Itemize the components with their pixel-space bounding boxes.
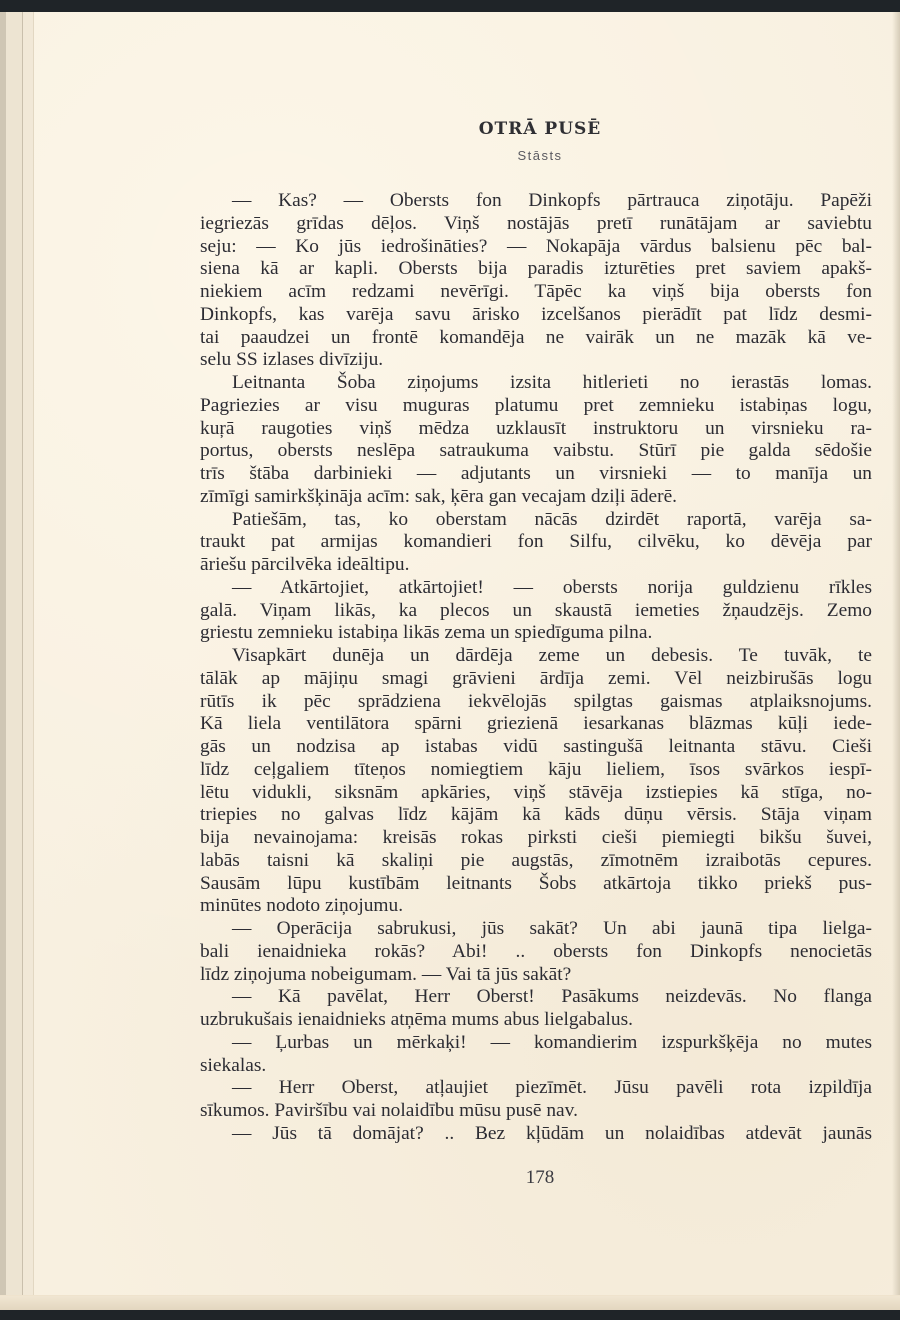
text-line: līdz ceļgaliem tīteņos nomiegtiem kāju l… <box>200 759 872 782</box>
page-gutter-edge <box>23 12 34 1310</box>
body-text: — Kas? — Obersts fon Dinkopfs pārtrauca … <box>200 190 872 1146</box>
text-line: kuŗā raugoties viņš mēdza uzklausīt inst… <box>200 418 872 441</box>
text-line: tai paaudzei un frontē komandēja ne vair… <box>200 327 872 350</box>
text-line: griestu zemnieku istabiņa likās zema un … <box>200 622 872 645</box>
text-line: traukt pat armijas komandieri fon Silfu,… <box>200 531 872 554</box>
text-line: rūtīs ik pēc sprādziena iekvēlojās spilg… <box>200 691 872 714</box>
text-line: niekiem acīm redzami nevērīgi. Tāpēc ka … <box>200 281 872 304</box>
text-line: selu SS izlases divīziju. <box>200 349 872 372</box>
text-line: līdz ziņojuma nobeigumam. — Vai tā jūs s… <box>200 964 872 987</box>
text-line: galā. Viņam likās, ka plecos un skaustā … <box>200 600 872 623</box>
text-line: tālāk ap mājiņu smagi grāvieni ārdīja ze… <box>200 668 872 691</box>
text-line: triepies no galvas līdz kājām kā kāds dū… <box>200 804 872 827</box>
page-number: 178 <box>0 1167 900 1189</box>
book-page: OTRĀ PUSĒ Stāsts — Kas? — Obersts fon Di… <box>0 12 900 1310</box>
text-line: Visapkārt dunēja un dārdēja zeme un debe… <box>200 645 872 668</box>
text-line: — Kas? — Obersts fon Dinkopfs pārtrauca … <box>200 190 872 213</box>
text-line: gās un nodzisa ap istabas vidū sastinguš… <box>200 736 872 759</box>
text-line: siekalas. <box>200 1055 872 1078</box>
text-line: āriešu pārcilvēka ideāltipu. <box>200 554 872 577</box>
page-bottom-edge <box>0 1295 900 1310</box>
text-line: — Operācija sabrukusi, jūs sakāt? Un abi… <box>200 918 872 941</box>
text-line: Kā liela ventilātora spārni griezienā ie… <box>200 713 872 736</box>
text-line: — Jūs tā domājat? .. Bez kļūdām un nolai… <box>200 1123 872 1146</box>
text-line: — Ļurbas un mērkaķi! — komandierim izspu… <box>200 1032 872 1055</box>
text-line: — Atkārtojiet, atkārtojiet! — obersts no… <box>200 577 872 600</box>
chapter-subtitle: Stāsts <box>0 148 900 163</box>
text-line: seju: — Ko jūs iedrošināties? — Nokapāja… <box>200 236 872 259</box>
text-line: portus, obersts neslēpa satraukuma vaibs… <box>200 440 872 463</box>
text-line: trīs štāba darbinieki — adjutants un vir… <box>200 463 872 486</box>
text-line: Pagriezies ar visu muguras platumu pret … <box>200 395 872 418</box>
text-line: Dinkopfs, kas varēja savu ārisko izcelša… <box>200 304 872 327</box>
text-line: siena kā ar kapli. Obersts bija paradis … <box>200 258 872 281</box>
text-line: — Kā pavēlat, Herr Oberst! Pasākums neiz… <box>200 986 872 1009</box>
text-line: Sausām lūpu kustībām leitnants Šobs atkā… <box>200 873 872 896</box>
text-line: iegriezās grīdas dēļos. Viņš nostājās pr… <box>200 213 872 236</box>
text-line: uzbrukušais ienaidnieks atņēma mums abus… <box>200 1009 872 1032</box>
text-line: sīkumos. Paviršību vai nolaidību mūsu pu… <box>200 1100 872 1123</box>
text-line: minūtes nodoto ziņojumu. <box>200 895 872 918</box>
text-line: zīmīgi samirkšķināja acīm: sak, ķēra gan… <box>200 486 872 509</box>
text-line: bija nevainojama: kreisās rokas pirksti … <box>200 827 872 850</box>
page-gutter-fold <box>6 12 23 1310</box>
scan-background: OTRĀ PUSĒ Stāsts — Kas? — Obersts fon Di… <box>0 0 900 1320</box>
chapter-title: OTRĀ PUSĒ <box>0 119 900 139</box>
page-right-edge <box>892 12 900 1310</box>
text-line: labās taisni kā skaliņi pie augstās, zīm… <box>200 850 872 873</box>
text-line: — Herr Oberst, atļaujiet piezīmēt. Jūsu … <box>200 1077 872 1100</box>
text-line: Leitnanta Šoba ziņojums izsita hitleriet… <box>200 372 872 395</box>
text-line: Patiešām, tas, ko oberstam nācās dzirdēt… <box>200 509 872 532</box>
text-line: bali ienaidnieka rokās? Abi! .. obersts … <box>200 941 872 964</box>
text-line: lētu vidukli, siksnām apkāries, viņš stā… <box>200 782 872 805</box>
